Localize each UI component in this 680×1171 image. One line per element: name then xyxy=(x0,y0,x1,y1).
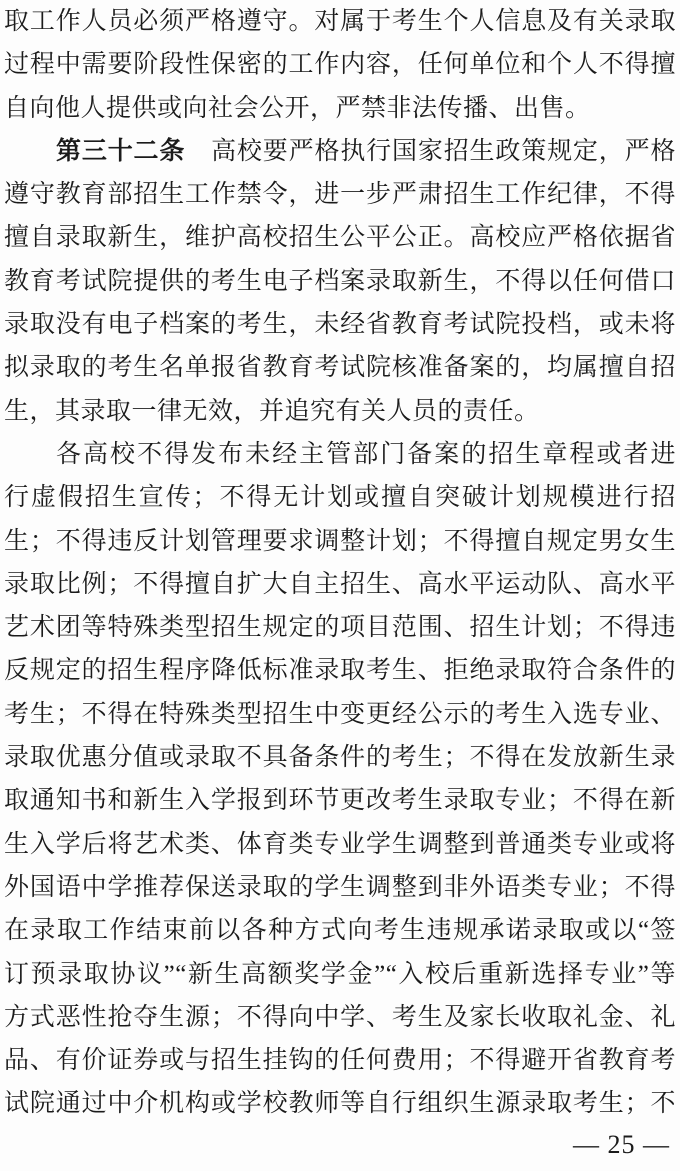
article-number-heading: 第三十二条 xyxy=(56,138,185,165)
text-line: 录取没有电子档案的考生，未经省教育考试院投档，或未将 xyxy=(4,303,676,346)
text-line: 取通知书和新生入学报到环节更改考生录取专业；不得在新 xyxy=(4,779,676,822)
article-first-line-text: 高校要严格执行国家招生政策规定，严格 xyxy=(185,138,676,165)
text-line: 教育考试院提供的考生电子档案录取新生，不得以任何借口 xyxy=(4,260,676,303)
text-line: 擅自录取新生，维护高校招生公平公正。高校应严格依据省 xyxy=(4,216,676,259)
text-line: 订预录取协议”“新生高额奖学金”“入校后重新选择专业”等 xyxy=(4,953,676,996)
text-line: 在录取工作结束前以各种方式向考生违规承诺录取或以“签 xyxy=(4,909,676,952)
text-line: 遵守教育部招生工作禁令，进一步严肃招生工作纪律，不得 xyxy=(4,173,676,216)
text-line: 第三十二条 高校要严格执行国家招生政策规定，严格 xyxy=(4,130,676,173)
document-page: 取工作人员必须严格遵守。对属于考生个人信息及有关录取 过程中需要阶段性保密的工作… xyxy=(0,0,680,1171)
text-line: 自向他人提供或向社会公开，严禁非法传播、出售。 xyxy=(4,87,676,130)
text-line: 过程中需要阶段性保密的工作内容，任何单位和个人不得擅 xyxy=(4,43,676,86)
text-line: 生；不得违反计划管理要求调整计划；不得擅自规定男女生 xyxy=(4,520,676,563)
text-line: 拟录取的考生名单报省教育考试院核准备案的，均属擅自招 xyxy=(4,346,676,389)
text-line: 取工作人员必须严格遵守。对属于考生个人信息及有关录取 xyxy=(4,0,676,43)
text-line: 反规定的招生程序降低标准录取考生、拒绝录取符合条件的 xyxy=(4,649,676,692)
text-line: 外国语中学推荐保送录取的学生调整到非外语类专业；不得 xyxy=(4,866,676,909)
text-line: 方式恶性抢夺生源；不得向中学、考生及家长收取礼金、礼 xyxy=(4,996,676,1039)
text-line: 考生；不得在特殊类型招生中变更经公示的考生入选专业、 xyxy=(4,693,676,736)
text-line: 品、有价证券或与招生挂钩的任何费用；不得避开省教育考 xyxy=(4,1039,676,1082)
text-line: 录取优惠分值或录取不具备条件的考生；不得在发放新生录 xyxy=(4,736,676,779)
text-line: 生入学后将艺术类、体育类专业学生调整到普通类专业或将 xyxy=(4,823,676,866)
text-line: 试院通过中介机构或学校教师等自行组织生源录取考生；不 xyxy=(4,1082,676,1125)
page-number: — 25 — xyxy=(573,1130,670,1160)
text-line: 艺术团等特殊类型招生规定的项目范围、招生计划；不得违 xyxy=(4,606,676,649)
text-line: 行虚假招生宣传；不得无计划或擅自突破计划规模进行招 xyxy=(4,476,676,519)
text-line: 生，其录取一律无效，并追究有关人员的责任。 xyxy=(4,390,676,433)
text-line: 各高校不得发布未经主管部门备案的招生章程或者进 xyxy=(4,433,676,476)
text-line: 录取比例；不得擅自扩大自主招生、高水平运动队、高水平 xyxy=(4,563,676,606)
document-body: 取工作人员必须严格遵守。对属于考生个人信息及有关录取 过程中需要阶段性保密的工作… xyxy=(4,0,676,1126)
